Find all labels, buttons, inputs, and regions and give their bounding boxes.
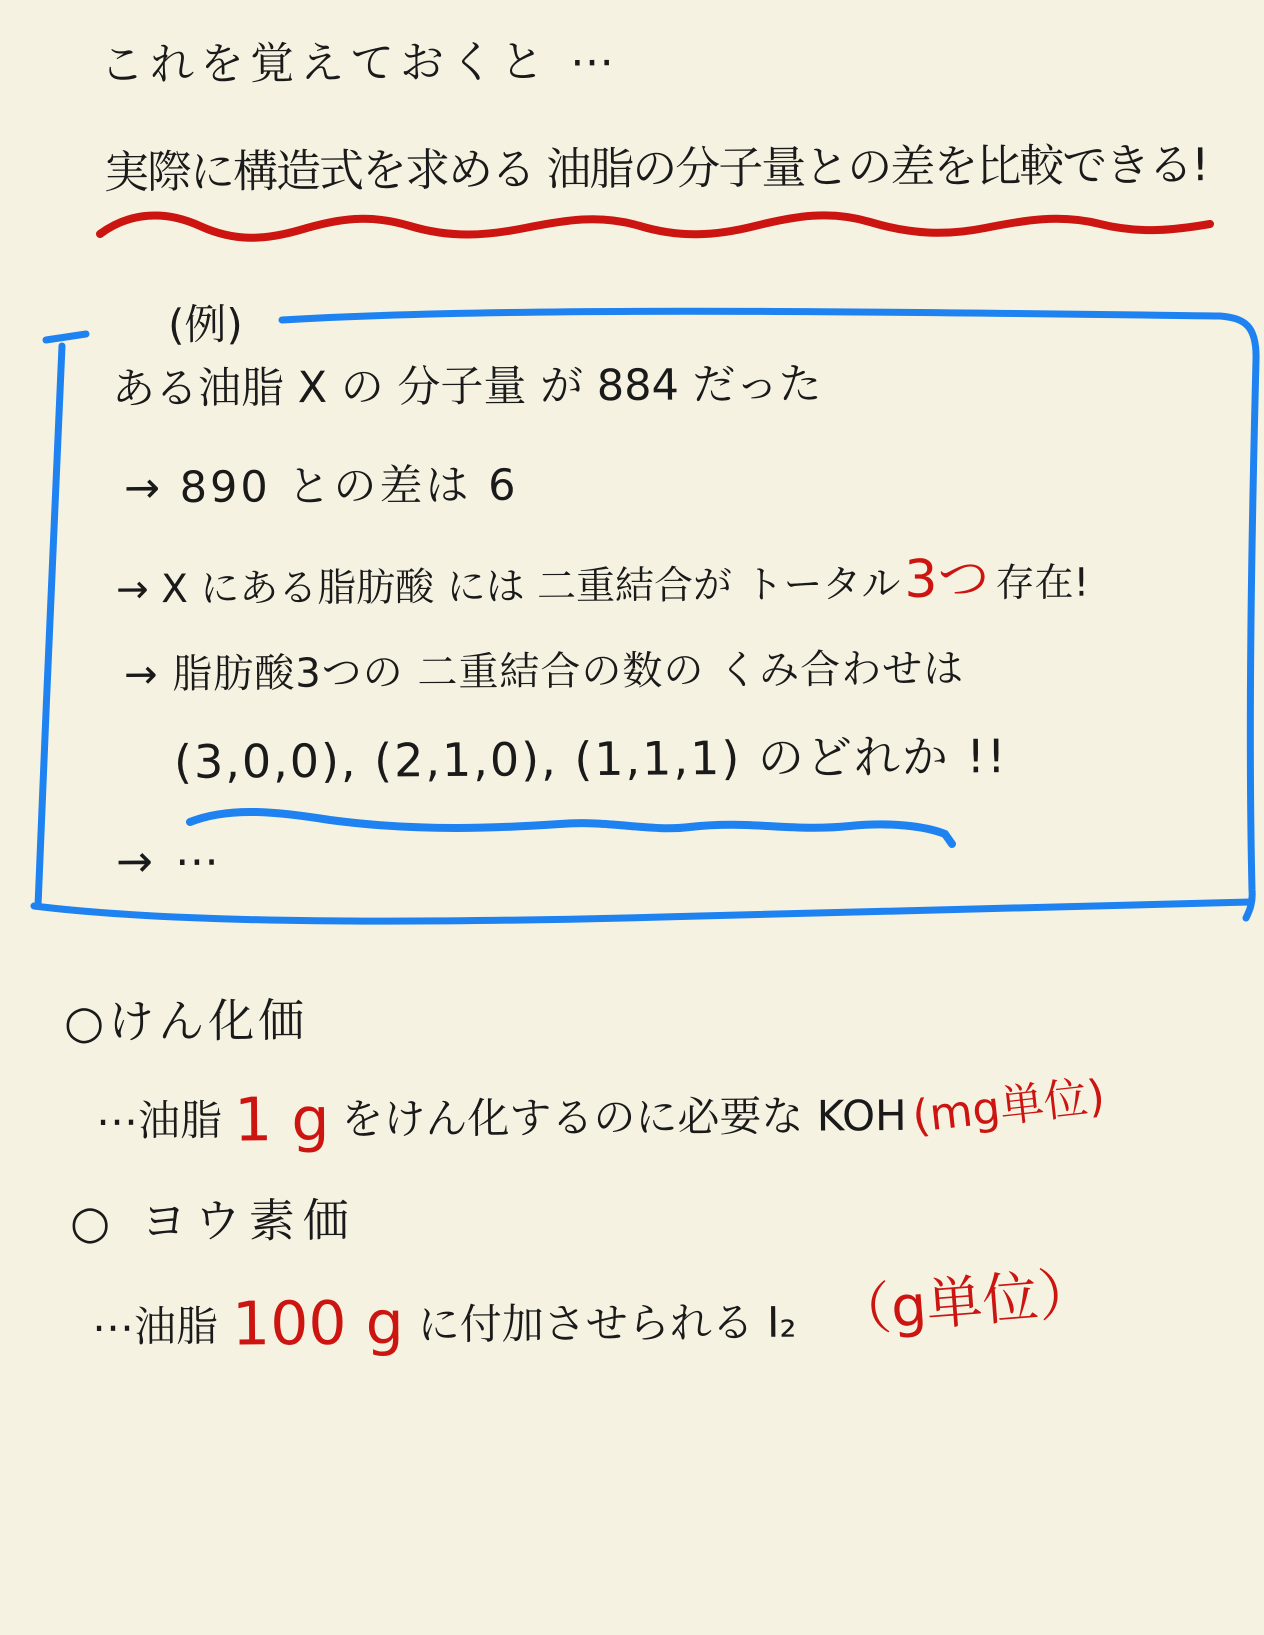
- iodine-amount-red: 100 g: [232, 1293, 404, 1354]
- example-double-bonds-line: → X にある脂肪酸 には 二重結合が トータル 3つ 存在!: [116, 553, 1089, 613]
- combinations-underline: [190, 812, 952, 844]
- double-bonds-count-red: 3つ: [904, 553, 989, 606]
- double-bonds-text: → X にある脂肪酸 には 二重結合が トータル: [116, 564, 901, 612]
- example-combinations-intro-line: → 脂肪酸3つの 二重結合の数の くみ合わせは: [124, 647, 964, 697]
- example-box-left-border: [38, 346, 62, 906]
- example-combinations-line: (3,0,0), (2,1,0), (1,1,1) のどれか !!: [174, 731, 1008, 787]
- iodine-unit-red: （g単位）: [833, 1263, 1097, 1344]
- saponification-amount-red: 1 g: [234, 1090, 330, 1151]
- saponification-mid: をけん化するのに必要な KOH: [341, 1093, 907, 1143]
- red-wavy-underline: [100, 215, 1210, 237]
- iodine-definition-line: ⋯油脂 100 g に付加させられる I₂ （g単位）: [92, 1284, 1096, 1354]
- example-box-label: (例): [168, 302, 243, 349]
- note-canvas[interactable]: これを覚えておくと ⋯ 実際に構造式を求める 油脂の分子量との差を比較できる! …: [0, 0, 1264, 1635]
- saponification-title: ○けん化価: [64, 995, 308, 1047]
- saponification-definition-line: ⋯油脂 1 g をけん化するのに必要な KOH (mg単位): [96, 1078, 1106, 1145]
- iodine-mid: に付加させられる I₂: [418, 1300, 797, 1349]
- highlight-line: 実際に構造式を求める 油脂の分子量との差を比較できる!: [104, 140, 1208, 197]
- saponification-pre: ⋯油脂: [96, 1098, 222, 1145]
- example-given-line: ある油脂 X の 分子量 が 884 だった: [112, 362, 822, 414]
- example-continuation-line: → ⋯: [116, 838, 223, 887]
- saponification-unit-red: (mg単位): [910, 1073, 1107, 1143]
- example-box-tick: [46, 334, 86, 340]
- example-diff-line: → 890 との差は 6: [124, 463, 519, 513]
- iodine-title: ○ ヨウ素価: [70, 1195, 357, 1248]
- iodine-pre: ⋯油脂: [92, 1304, 218, 1351]
- memo-line: これを覚えておくと ⋯: [100, 38, 620, 90]
- double-bonds-exists: 存在!: [995, 563, 1089, 607]
- example-box-bottom-border: [34, 902, 1250, 921]
- ink-strokes: [0, 0, 1264, 1635]
